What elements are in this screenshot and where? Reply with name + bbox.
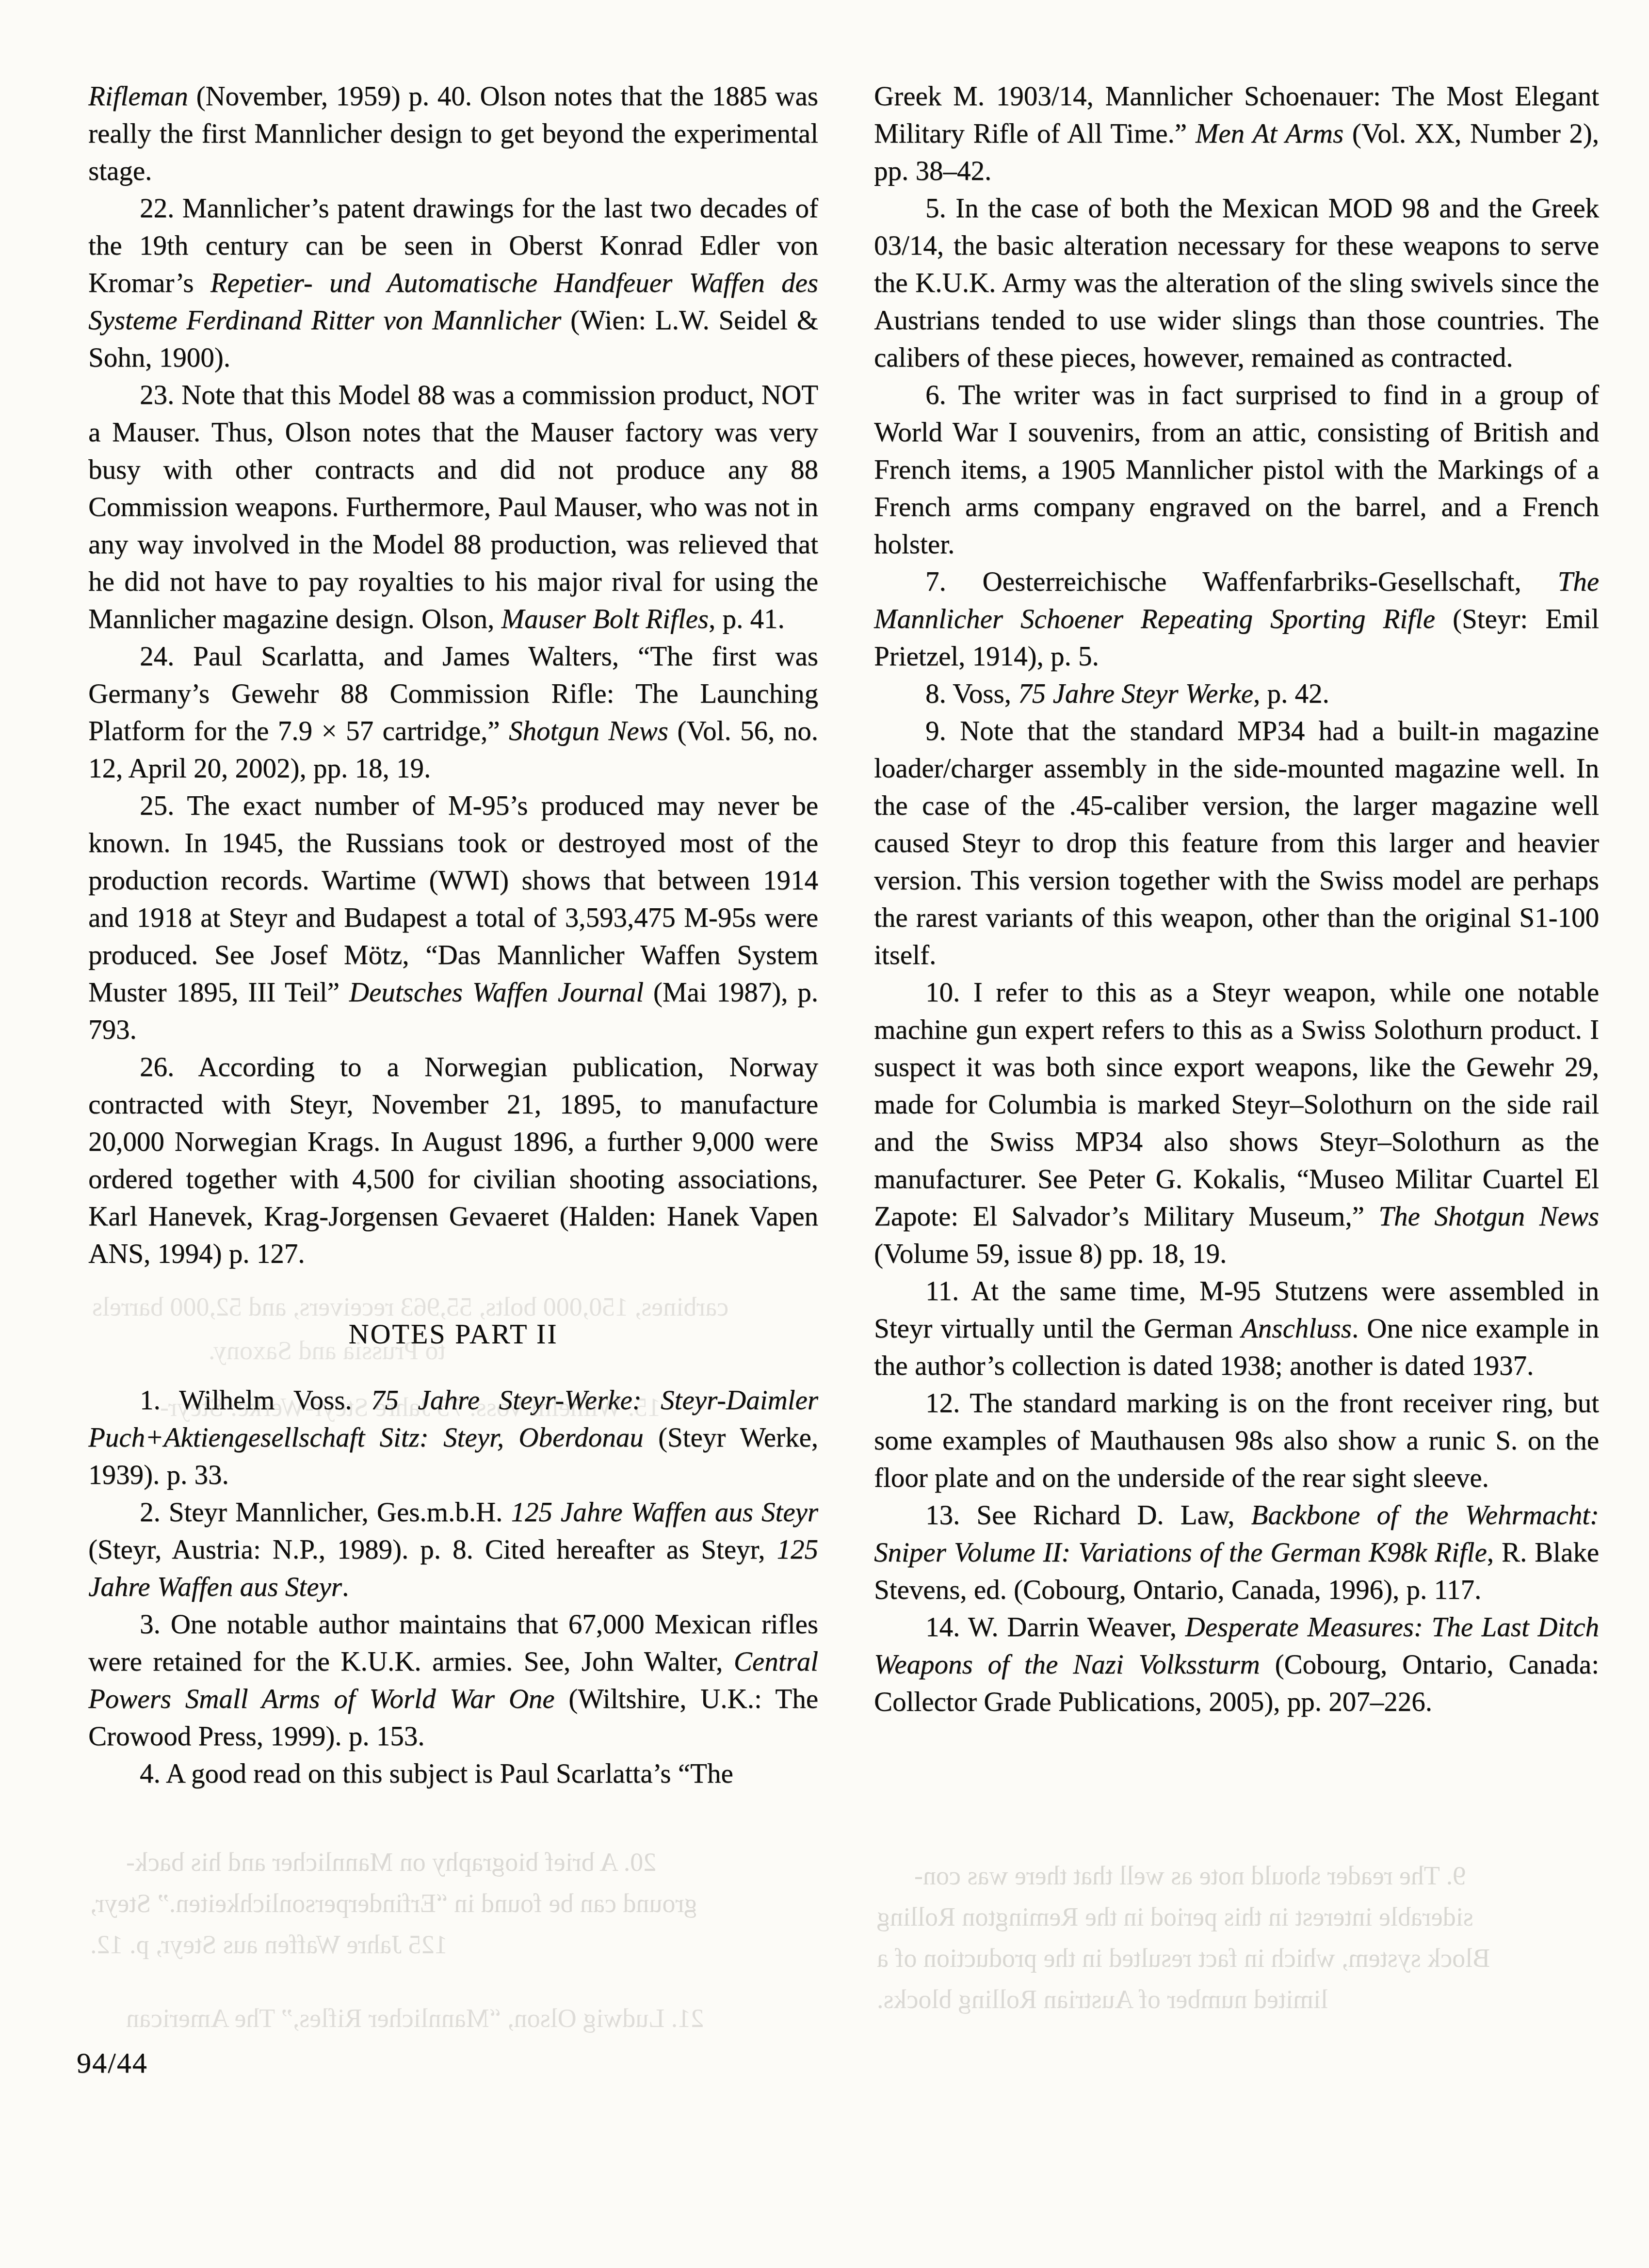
- note-23: 23. Note that this Model 88 was a commis…: [88, 376, 818, 638]
- note-21-continuation-title-text: Rifleman: [88, 81, 188, 112]
- right-column: Greek M. 1903/14, Mannlicher Schoenauer:…: [874, 78, 1599, 1721]
- note-8-title-text: 75 Jahre Steyr Werke: [1018, 678, 1253, 709]
- note-7: 7. Oesterreichische Waffenfarbriks-Gesel…: [874, 563, 1599, 675]
- note-25: 25. The exact number of M-95’s produced …: [88, 787, 818, 1048]
- bleedthrough-text: ground can be found in “Erfinderpersonli…: [90, 1884, 697, 1923]
- note-10-text: (Volume 59, issue 8) pp. 18, 19.: [874, 1239, 1227, 1269]
- note-8: 8. Voss, 75 Jahre Steyr Werke, p. 42.: [874, 675, 1599, 712]
- note-4-continuation: Greek M. 1903/14, Mannlicher Schoenauer:…: [874, 78, 1599, 190]
- note-25-title-text: Deutsches Waffen Journal: [349, 977, 644, 1008]
- note-10-title-text: The Shotgun News: [1378, 1201, 1599, 1232]
- note-1: 1. Wilhelm Voss. 75 Jahre Steyr-Werke: S…: [88, 1382, 818, 1494]
- note-2-title-text: 125 Jahre Waffen aus Steyr: [511, 1497, 818, 1528]
- note-7-text: 7. Oesterreichische Waffenfarbriks-Gesel…: [925, 566, 1558, 597]
- note-5: 5. In the case of both the Mexican MOD 9…: [874, 190, 1599, 376]
- note-2-text: (Steyr, Austria: N.P., 1989). p. 8. Cite…: [88, 1534, 777, 1565]
- note-26: 26. According to a Norwegian publication…: [88, 1048, 818, 1272]
- page-number: 94/44: [77, 2046, 148, 2080]
- section-heading: NOTES PART II: [88, 1315, 818, 1352]
- note-5-text: 5. In the case of both the Mexican MOD 9…: [874, 193, 1599, 373]
- note-4-continuation-title-text: Men At Arms: [1196, 118, 1343, 149]
- bleedthrough-text: 125 Jahre Waffen aus Steyr, p. 12.: [90, 1925, 448, 1964]
- note-3: 3. One notable author maintains that 67,…: [88, 1606, 818, 1755]
- note-11-title-text: Anschluss: [1241, 1313, 1352, 1344]
- note-10-text: 10. I refer to this as a Steyr weapon, w…: [874, 977, 1599, 1232]
- note-6-text: 6. The writer was in fact surprised to f…: [874, 380, 1599, 560]
- note-11: 11. At the same time, M-95 Stutzens were…: [874, 1272, 1599, 1384]
- note-2-text: .: [342, 1572, 349, 1602]
- note-4: 4. A good read on this subject is Paul S…: [88, 1755, 818, 1792]
- note-2-text: 2. Steyr Mannlicher, Ges.m.b.H.: [140, 1497, 511, 1528]
- bleedthrough-text: limited number of Austrian Rolling block…: [877, 1980, 1328, 2019]
- left-column: Rifleman (November, 1959) p. 40. Olson n…: [88, 78, 818, 1792]
- note-14: 14. W. Darrin Weaver, Desperate Measures…: [874, 1609, 1599, 1721]
- note-23-title-text: Mauser Bolt Rifles: [501, 604, 709, 634]
- note-4-text: 4. A good read on this subject is Paul S…: [140, 1758, 733, 1789]
- bleedthrough-text: siderable interest in this period in the…: [877, 1898, 1473, 1936]
- note-23-text: 23. Note that this Model 88 was a commis…: [88, 380, 818, 634]
- note-24-title-text: Shotgun News: [509, 716, 668, 746]
- note-3-text: 3. One notable author maintains that 67,…: [88, 1609, 818, 1677]
- note-26-text: 26. According to a Norwegian publication…: [88, 1052, 818, 1269]
- note-22: 22. Mannlicher’s patent drawings for the…: [88, 190, 818, 376]
- bleedthrough-text: 20. A brief biography on Mannlicher and …: [126, 1843, 656, 1882]
- note-9: 9. Note that the standard MP34 had a bui…: [874, 712, 1599, 974]
- note-25-text: 25. The exact number of M-95’s produced …: [88, 790, 818, 1008]
- note-8-text: 8. Voss,: [925, 678, 1018, 709]
- note-24: 24. Paul Scarlatta, and James Walters, “…: [88, 638, 818, 787]
- bleedthrough-text: Block system, which in fact resulted in …: [877, 1939, 1490, 1978]
- note-1-text: 1. Wilhelm Voss.: [140, 1385, 371, 1415]
- note-21-continuation-text: (November, 1959) p. 40. Olson notes that…: [88, 81, 818, 186]
- note-21-continuation: Rifleman (November, 1959) p. 40. Olson n…: [88, 78, 818, 190]
- note-10: 10. I refer to this as a Steyr weapon, w…: [874, 974, 1599, 1272]
- bleedthrough-text: 9. The reader should note as well that t…: [914, 1856, 1466, 1895]
- note-2: 2. Steyr Mannlicher, Ges.m.b.H. 125 Jahr…: [88, 1494, 818, 1606]
- note-13-text: 13. See Richard D. Law,: [925, 1500, 1251, 1530]
- note-12: 12. The standard marking is on the front…: [874, 1384, 1599, 1496]
- note-12-text: 12. The standard marking is on the front…: [874, 1388, 1599, 1493]
- bleedthrough-text: 21. Ludwig Olson, “Mannlicher Rifles,” T…: [126, 1999, 704, 2038]
- note-9-text: 9. Note that the standard MP34 had a bui…: [874, 716, 1599, 970]
- note-14-text: 14. W. Darrin Weaver,: [925, 1612, 1185, 1642]
- note-6: 6. The writer was in fact surprised to f…: [874, 376, 1599, 563]
- note-8-text: , p. 42.: [1253, 678, 1329, 709]
- note-23-text: , p. 41.: [709, 604, 785, 634]
- note-13: 13. See Richard D. Law, Backbone of the …: [874, 1496, 1599, 1609]
